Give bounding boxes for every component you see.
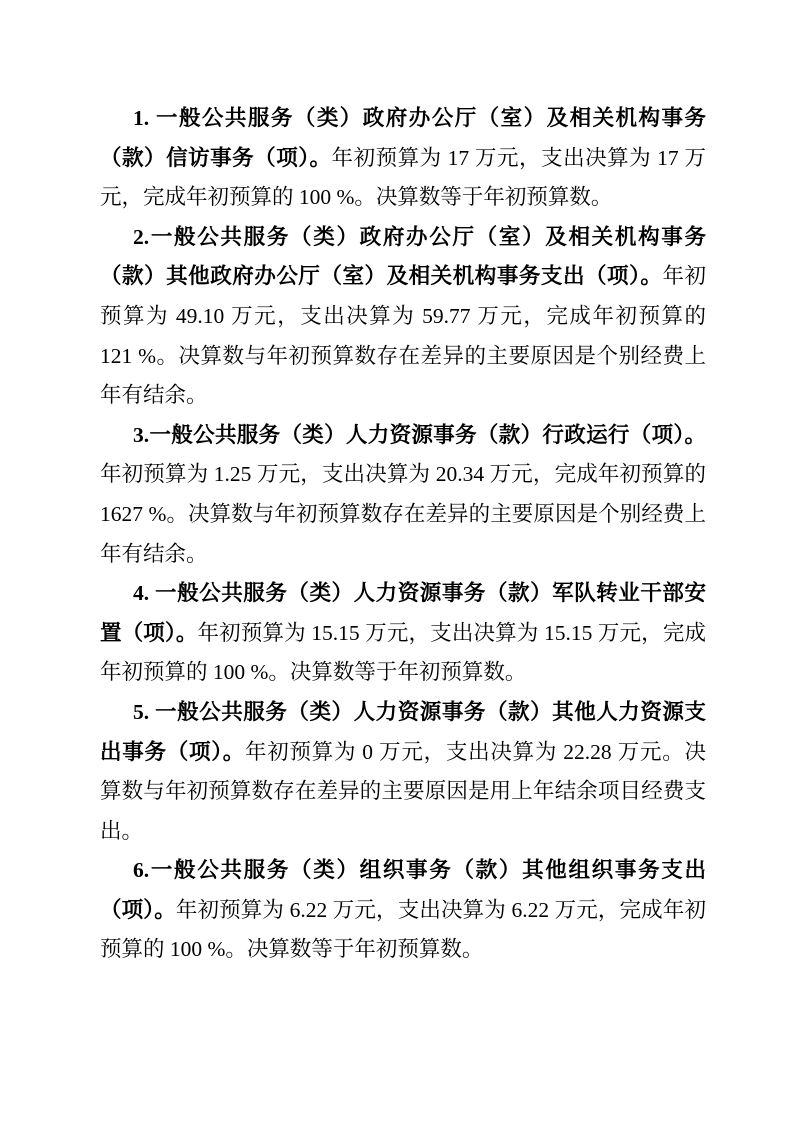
paragraph-2-heading: 2.一般公共服务（类）政府办公厅（室）及相关机构事务（款）其他政府办公厅（室）及…: [100, 225, 706, 289]
paragraph-6: 6.一般公共服务（类）组织事务（款）其他组织事务支出（项）。年初预算为 6.22…: [100, 851, 706, 970]
paragraph-6-body: 年初预算为 6.22 万元，支出决算为 6.22 万元，完成年初预算的 100 …: [100, 898, 706, 962]
paragraph-2: 2.一般公共服务（类）政府办公厅（室）及相关机构事务（款）其他政府办公厅（室）及…: [100, 218, 706, 416]
paragraph-1: 1. 一般公共服务（类）政府办公厅（室）及相关机构事务（款）信访事务（项）。年初…: [100, 99, 706, 218]
paragraph-3-body: 年初预算为 1.25 万元，支出决算为 20.34 万元，完成年初预算的 162…: [100, 462, 706, 565]
paragraph-5: 5. 一般公共服务（类）人力资源事务（款）其他人力资源支出事务（项）。年初预算为…: [100, 693, 706, 851]
paragraph-4: 4. 一般公共服务（类）人力资源事务（款）军队转业干部安置（项）。年初预算为 1…: [100, 574, 706, 693]
document-page: 1. 一般公共服务（类）政府办公厅（室）及相关机构事务（款）信访事务（项）。年初…: [0, 0, 793, 1122]
paragraph-3-heading: 3.一般公共服务（类）人力资源事务（款）行政运行（项）。: [133, 423, 706, 447]
document-content: 1. 一般公共服务（类）政府办公厅（室）及相关机构事务（款）信访事务（项）。年初…: [100, 99, 706, 970]
paragraph-3: 3.一般公共服务（类）人力资源事务（款）行政运行（项）。年初预算为 1.25 万…: [100, 416, 706, 574]
